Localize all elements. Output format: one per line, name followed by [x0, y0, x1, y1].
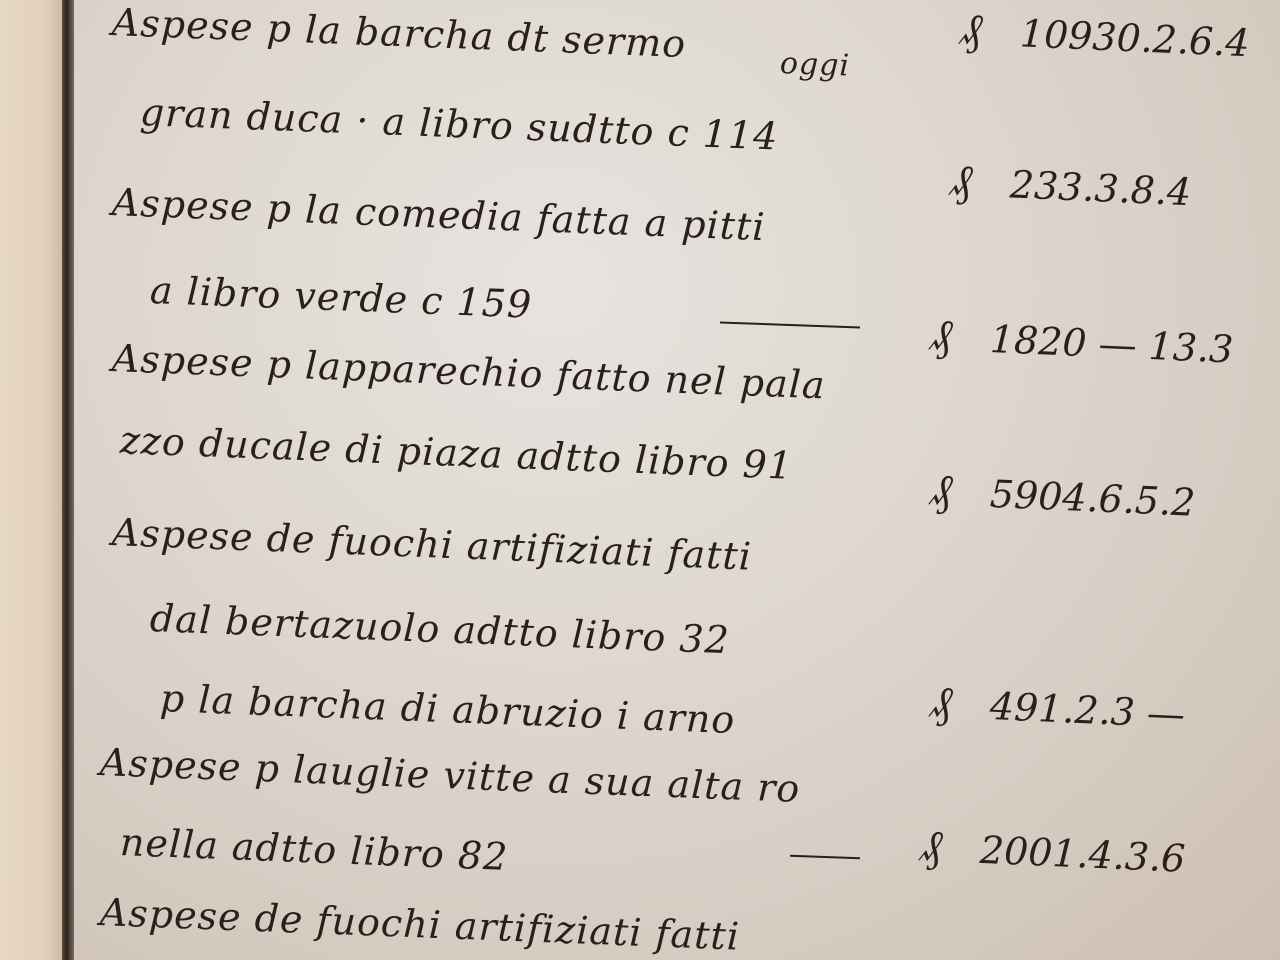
lira-symbol-icon: ₰ [919, 820, 943, 872]
lira-symbol-icon: ₰ [929, 464, 953, 516]
entry-2-amount: ₰233.3.8.4 [949, 155, 1192, 216]
lira-symbol-icon: ₰ [949, 155, 973, 207]
lira-symbol-icon: ₰ [959, 4, 983, 56]
facing-page-edge [0, 0, 62, 960]
lira-symbol-icon: ₰ [929, 676, 953, 728]
entry-1-superscript: oggi [779, 46, 850, 84]
book-gutter [62, 0, 74, 960]
lira-symbol-icon: ₰ [929, 309, 953, 361]
